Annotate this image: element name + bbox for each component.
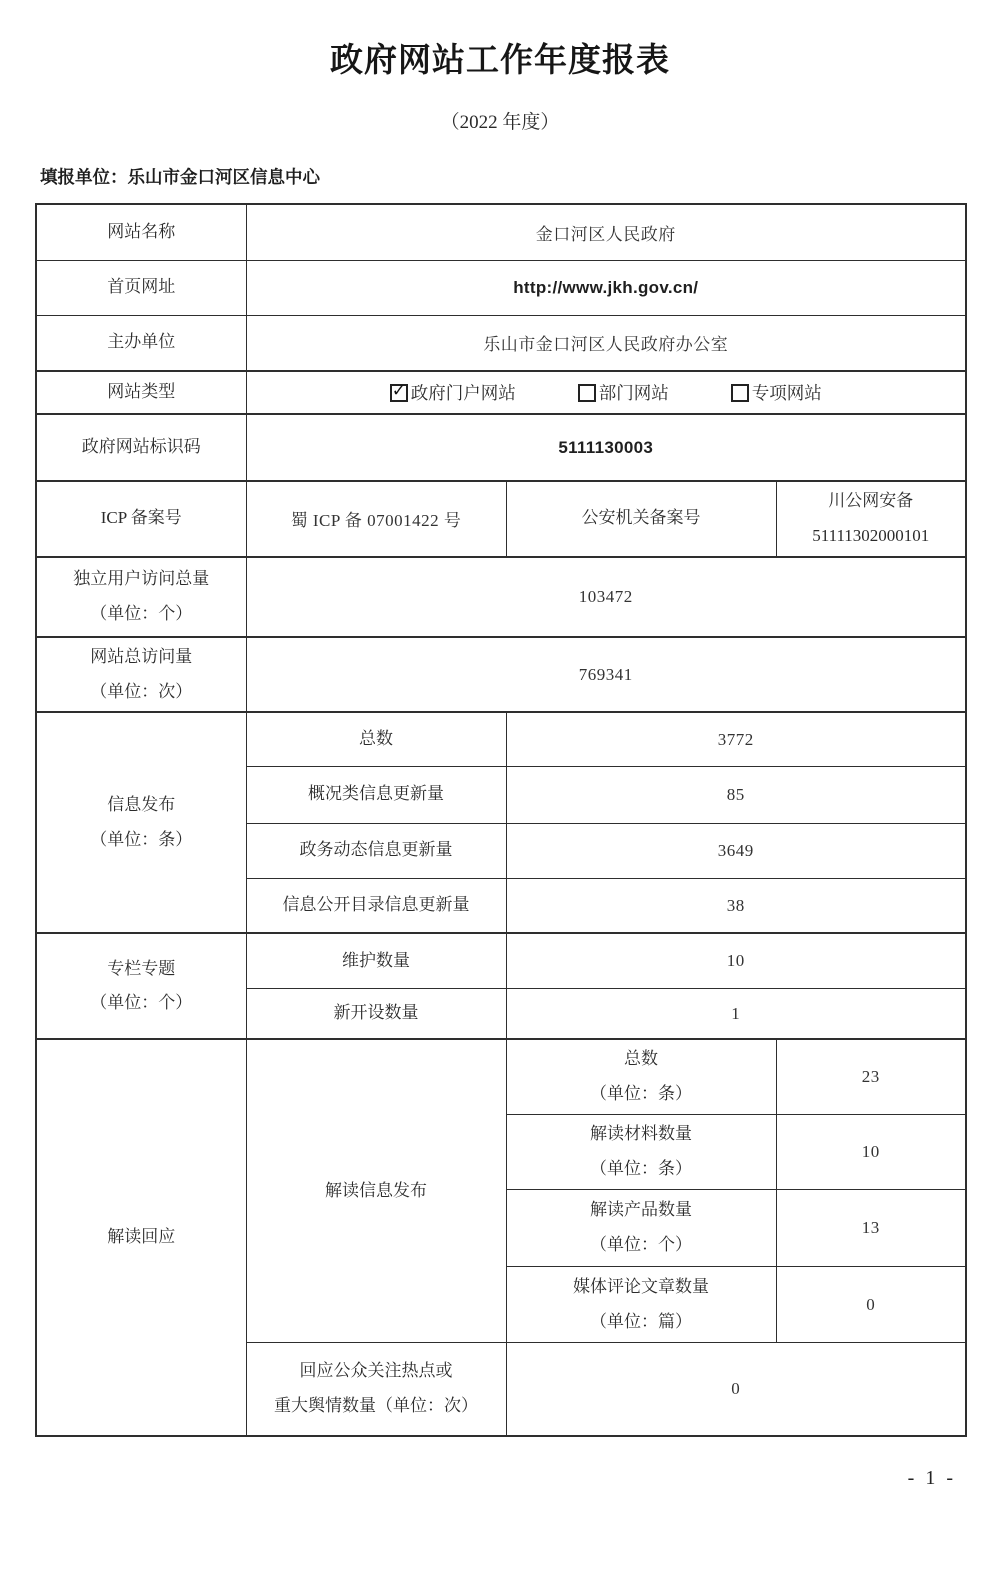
value-site-code: 5111130003: [246, 414, 966, 481]
value-icp: 蜀 ICP 备 07001422 号: [246, 481, 506, 557]
label-media-comments: 媒体评论文章数量 （单位：篇）: [506, 1267, 776, 1343]
row-organizer: 主办单位 乐山市金口河区人民政府办公室: [36, 315, 966, 371]
label-interpret-products: 解读产品数量 （单位：个）: [506, 1190, 776, 1267]
value-topics-new: 1: [506, 988, 966, 1039]
value-police-record: 川公网安备 51111302000101: [776, 481, 966, 557]
option-department-site: 部门网站: [578, 380, 669, 405]
value-unique-visitors: 103472: [246, 557, 966, 637]
label-police-record: 公安机关备案号: [506, 481, 776, 557]
label-icp: ICP 备案号: [36, 481, 246, 557]
row-total-visits: 网站总访问量 （单位：次） 769341: [36, 637, 966, 713]
label-catalog-updates: 信息公开目录信息更新量: [246, 878, 506, 933]
label-interpret-publish: 解读信息发布: [246, 1039, 506, 1342]
value-interpret-total: 23: [776, 1039, 966, 1114]
label-topics-maintained: 维护数量: [246, 933, 506, 988]
value-gov-news-updates: 3649: [506, 823, 966, 878]
row-interpret-total: 解读回应 解读信息发布 总数 （单位：条） 23: [36, 1039, 966, 1114]
label-unique-visitors: 独立用户访问总量 （单位：个）: [36, 557, 246, 637]
value-catalog-updates: 38: [506, 878, 966, 933]
checkbox-unchecked-icon: [578, 384, 596, 402]
label-site-type: 网站类型: [36, 371, 246, 414]
row-site-type: 网站类型 政府门户网站 部门网站 专项网站: [36, 371, 966, 414]
value-home-url: http://www.jkh.gov.cn/: [246, 260, 966, 315]
site-type-options: 政府门户网站 部门网站 专项网站: [253, 380, 960, 405]
row-home-url: 首页网址 http://www.jkh.gov.cn/: [36, 260, 966, 315]
row-unique-visitors: 独立用户访问总量 （单位：个） 103472: [36, 557, 966, 637]
label-gov-news-updates: 政务动态信息更新量: [246, 823, 506, 878]
annual-report-table: 网站名称 金口河区人民政府 首页网址 http://www.jkh.gov.cn…: [35, 203, 967, 1437]
row-site-name: 网站名称 金口河区人民政府: [36, 204, 966, 260]
option-label: 政府门户网站: [411, 380, 516, 405]
label-overview-updates: 概况类信息更新量: [246, 766, 506, 823]
row-topics-maintained: 专栏专题 （单位：个） 维护数量 10: [36, 933, 966, 988]
value-interpret-products: 13: [776, 1190, 966, 1267]
page-subtitle: （2022 年度）: [0, 107, 1000, 134]
label-info-publish-total: 总数: [246, 712, 506, 766]
label-site-name: 网站名称: [36, 204, 246, 260]
label-site-code: 政府网站标识码: [36, 414, 246, 481]
checkbox-unchecked-icon: [731, 384, 749, 402]
value-organizer: 乐山市金口河区人民政府办公室: [246, 315, 966, 371]
reporting-unit: 填报单位：乐山市金口河区信息中心: [40, 164, 1000, 189]
page-title: 政府网站工作年度报表: [0, 34, 1000, 81]
label-interpret-materials: 解读材料数量 （单位：条）: [506, 1115, 776, 1190]
value-overview-updates: 85: [506, 766, 966, 823]
value-interpret-materials: 10: [776, 1115, 966, 1190]
option-portal-site: 政府门户网站: [390, 380, 516, 405]
label-info-publish: 信息发布 （单位：条）: [36, 712, 246, 933]
row-icp: ICP 备案号 蜀 ICP 备 07001422 号 公安机关备案号 川公网安备…: [36, 481, 966, 557]
option-special-site: 专项网站: [731, 380, 822, 405]
value-site-name: 金口河区人民政府: [246, 204, 966, 260]
row-info-publish-total: 信息发布 （单位：条） 总数 3772: [36, 712, 966, 766]
value-site-type: 政府门户网站 部门网站 专项网站: [246, 371, 966, 414]
option-label: 专项网站: [752, 380, 822, 405]
row-site-code: 政府网站标识码 5111130003: [36, 414, 966, 481]
label-interpret-total: 总数 （单位：条）: [506, 1039, 776, 1114]
label-interpretation: 解读回应: [36, 1039, 246, 1435]
option-label: 部门网站: [599, 380, 669, 405]
value-topics-maintained: 10: [506, 933, 966, 988]
checkbox-checked-icon: [390, 384, 408, 402]
value-info-publish-total: 3772: [506, 712, 966, 766]
label-topics-new: 新开设数量: [246, 988, 506, 1039]
value-hotspot-response: 0: [506, 1343, 966, 1436]
label-home-url: 首页网址: [36, 260, 246, 315]
value-media-comments: 0: [776, 1267, 966, 1343]
page-number: - 1 -: [0, 1467, 1000, 1490]
label-hotspot-response: 回应公众关注热点或 重大舆情数量（单位：次）: [246, 1343, 506, 1436]
label-organizer: 主办单位: [36, 315, 246, 371]
value-total-visits: 769341: [246, 637, 966, 713]
label-total-visits: 网站总访问量 （单位：次）: [36, 637, 246, 713]
label-special-topics: 专栏专题 （单位：个）: [36, 933, 246, 1039]
